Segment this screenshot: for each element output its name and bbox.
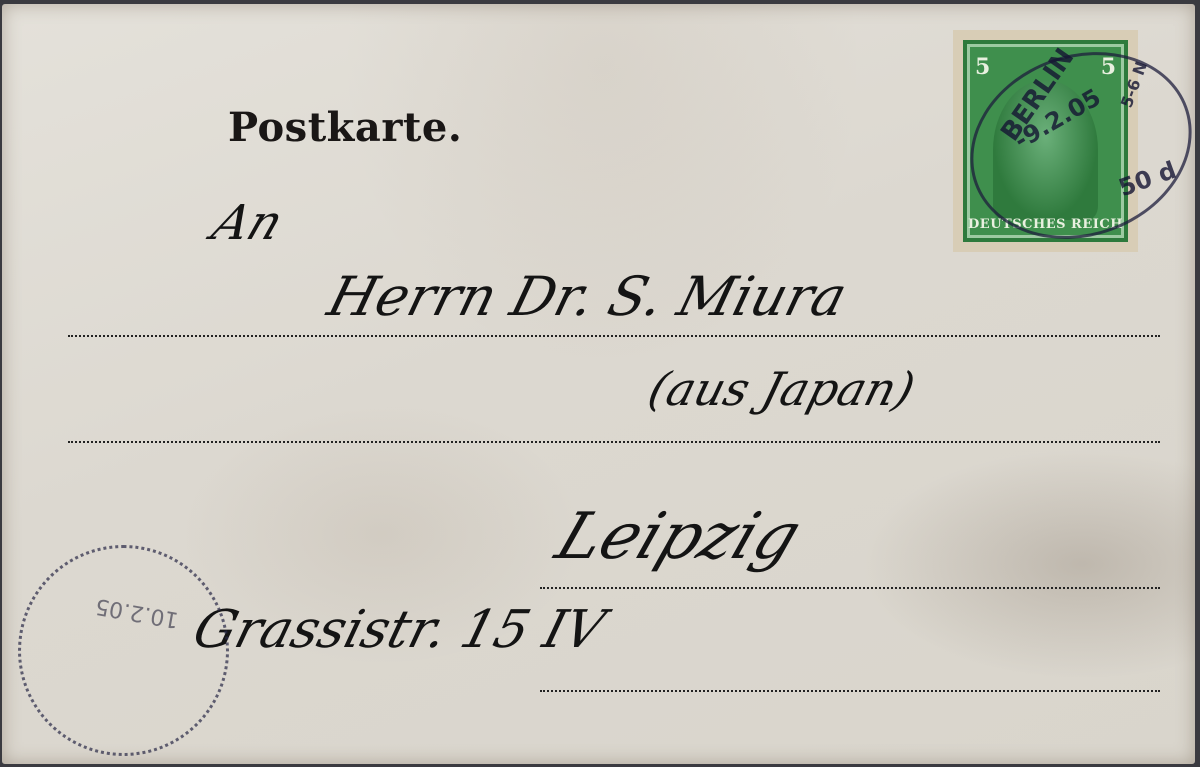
- address-dotted-line: [540, 587, 1160, 589]
- stamp-denomination-left: 5: [975, 54, 990, 80]
- address-line-name: Herrn Dr. S. Miura: [322, 265, 854, 328]
- address-line-origin: (aus Japan): [643, 362, 921, 416]
- address-line-street: Grassistr. 15 IV: [187, 600, 611, 660]
- printed-title: Postkarte.: [228, 104, 462, 151]
- address-line-city: Leipzig: [547, 500, 811, 574]
- arrival-postmark: [18, 545, 229, 756]
- address-dotted-line: [68, 441, 1160, 443]
- address-dotted-line: [540, 690, 1160, 692]
- address-dotted-line: [68, 335, 1160, 337]
